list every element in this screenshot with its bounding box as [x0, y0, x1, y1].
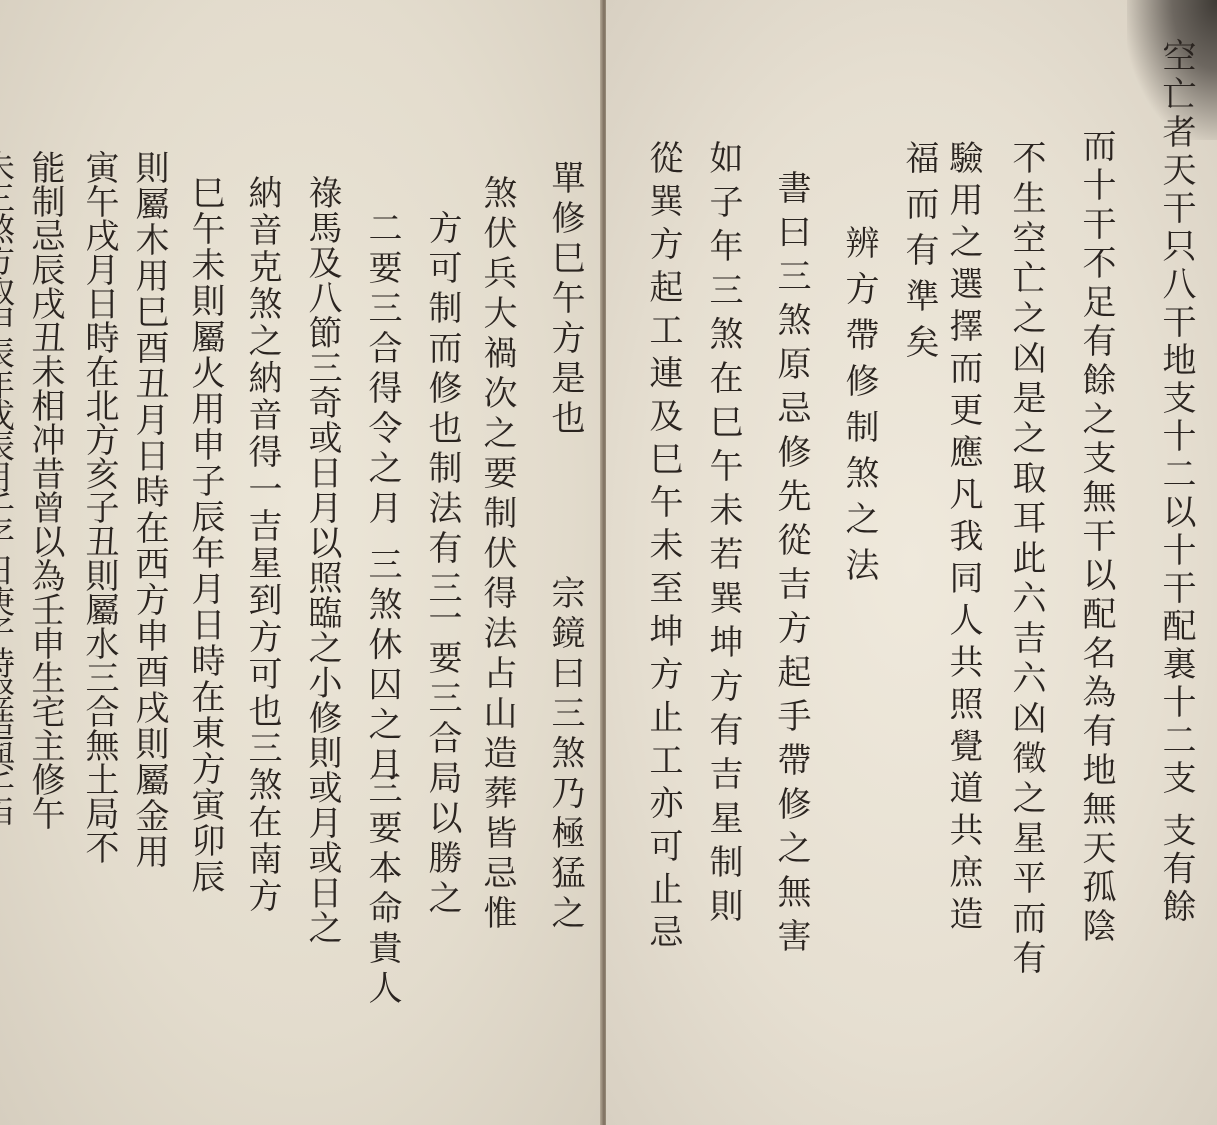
left-col-3: 方可制而修也制法有三 [425, 210, 459, 610]
left-col-1-note: 宗鏡曰三煞乃極猛之 [545, 575, 585, 935]
left-col-2: 煞伏兵大禍次之要制伏得法占山造葬皆忌惟 [480, 175, 514, 935]
left-col-4-text: 二要三合得令之月 三煞休囚之月 [362, 210, 402, 787]
left-col-3b: 一要三合局以勝之 [425, 600, 459, 920]
right-col-9-text: 從巽方起工連及巳午未至坤方止工亦可止忌 [643, 140, 683, 957]
left-col-2-text: 煞伏兵大禍次之要制伏得法占山造葬皆忌惟 [477, 175, 517, 935]
right-col-2: 而十干不足有餘之支無干以配名為有地無天孤陰 [1079, 128, 1113, 947]
left-col-4: 二要三合得令之月 三煞休囚之月 [365, 210, 399, 787]
left-col-4-note: 三要本命貴人 [362, 770, 402, 1010]
left-col-3-text: 方可制而修也制法有三 [422, 210, 462, 610]
left-col-9-text: 寅午戌月日時在北方亥子丑則屬水三合無土局不 [79, 150, 119, 864]
right-col-9: 從巽方起工連及巳午未至坤方止工亦可止忌 [646, 140, 680, 957]
right-col-4: 驗用之選擇而更應凡我同人共照覺道共庶造 [946, 140, 980, 938]
left-col-10: 能制忌辰戌丑未相冲昔曾以為壬申生宅主修午 [28, 150, 62, 830]
section-heading: 辨方帶修制煞之法 [842, 225, 876, 593]
right-col-7: 書曰三煞原忌修先從吉方起手帶修之無害 [774, 170, 808, 962]
right-col-4-text: 驗用之選擇而更應凡我同人共照覺道共庶造 [943, 140, 983, 938]
left-col-8: 則屬木用巳酉丑月日時在西方申酉戌則屬金用 [132, 150, 166, 870]
left-col-10-text: 能制忌辰戌丑未相冲昔曾以為壬申生宅主修午 [25, 150, 65, 830]
section-heading-text: 辨方帶修制煞之法 [839, 225, 879, 593]
left-col-9: 寅午戌月日時在北方亥子丑則屬水三合無土局不 [82, 150, 116, 864]
manuscript-spread: 單修巳午方是也 宗鏡曰三煞乃極猛之 煞伏兵大禍次之要制伏得法占山造葬皆忌惟 方可… [0, 0, 1217, 1125]
left-col-3-note: 一要三合局以勝之 [422, 600, 462, 920]
left-col-7: 巳午未則屬火用申子辰年月日時在東方寅卯辰 [188, 175, 222, 895]
right-col-8: 如子年三煞在巳午未若巽坤方有吉星制則 [706, 140, 740, 932]
left-col-4b: 三要本命貴人 [365, 770, 399, 1010]
right-col-8-text: 如子年三煞在巳午未若巽坤方有吉星制則 [703, 140, 743, 932]
right-col-5-text: 福而有準矣 [899, 140, 939, 370]
right-col-3: 不生空亡之凶是之取耳此六吉六凶徵之星平而有 [1009, 140, 1043, 980]
left-col-1b: 宗鏡曰三煞乃極猛之 [548, 575, 582, 935]
right-page: 空亡者天干只八干地支十二以十干配裏十二支 支有餘 而十干不足有餘之支無干以配名為… [606, 0, 1217, 1125]
left-col-5: 祿馬及八節三奇或日月以照臨之小修則或月或日之 [305, 175, 339, 945]
left-col-6-text: 納音克煞之納音得一吉星到方可也三煞在南方 [242, 175, 282, 915]
left-col-7-text: 巳午未則屬火用申子辰年月日時在東方寅卯辰 [185, 175, 225, 895]
right-col-1-text: 空亡者天干只八干地支十二以十干配裏十二支 支有餘 [1156, 38, 1196, 927]
right-col-3-text: 不生空亡之凶是之取耳此六吉六凶徵之星平而有 [1006, 140, 1046, 980]
right-col-1: 空亡者天干只八干地支十二以十干配裏十二支 支有餘 [1159, 38, 1193, 927]
left-col-1-text: 單修巳午方是也 [545, 160, 585, 440]
right-col-2-text: 而十干不足有餘之支無干以配名為有地無天孤陰 [1076, 128, 1116, 947]
left-col-1: 單修巳午方是也 [548, 160, 582, 440]
left-page: 單修巳午方是也 宗鏡曰三煞乃極猛之 煞伏兵大禍次之要制伏得法占山造葬皆忌惟 方可… [0, 0, 603, 1125]
left-col-5-text: 祿馬及八節三奇或日月以照臨之小修則或月或日之 [302, 175, 342, 945]
left-col-11-text: 未三煞方取甲辰年戊辰月壬子日庚子時竪造與壬申 [0, 150, 16, 832]
right-col-7-text: 書曰三煞原忌修先從吉方起手帶修之無害 [771, 170, 811, 962]
right-col-5: 福而有準矣 [902, 140, 936, 370]
left-col-6: 納音克煞之納音得一吉星到方可也三煞在南方 [245, 175, 279, 915]
left-col-11: 未三煞方取甲辰年戊辰月壬子日庚子時竪造與壬申 [0, 150, 13, 832]
left-col-8-text: 則屬木用巳酉丑月日時在西方申酉戌則屬金用 [129, 150, 169, 870]
